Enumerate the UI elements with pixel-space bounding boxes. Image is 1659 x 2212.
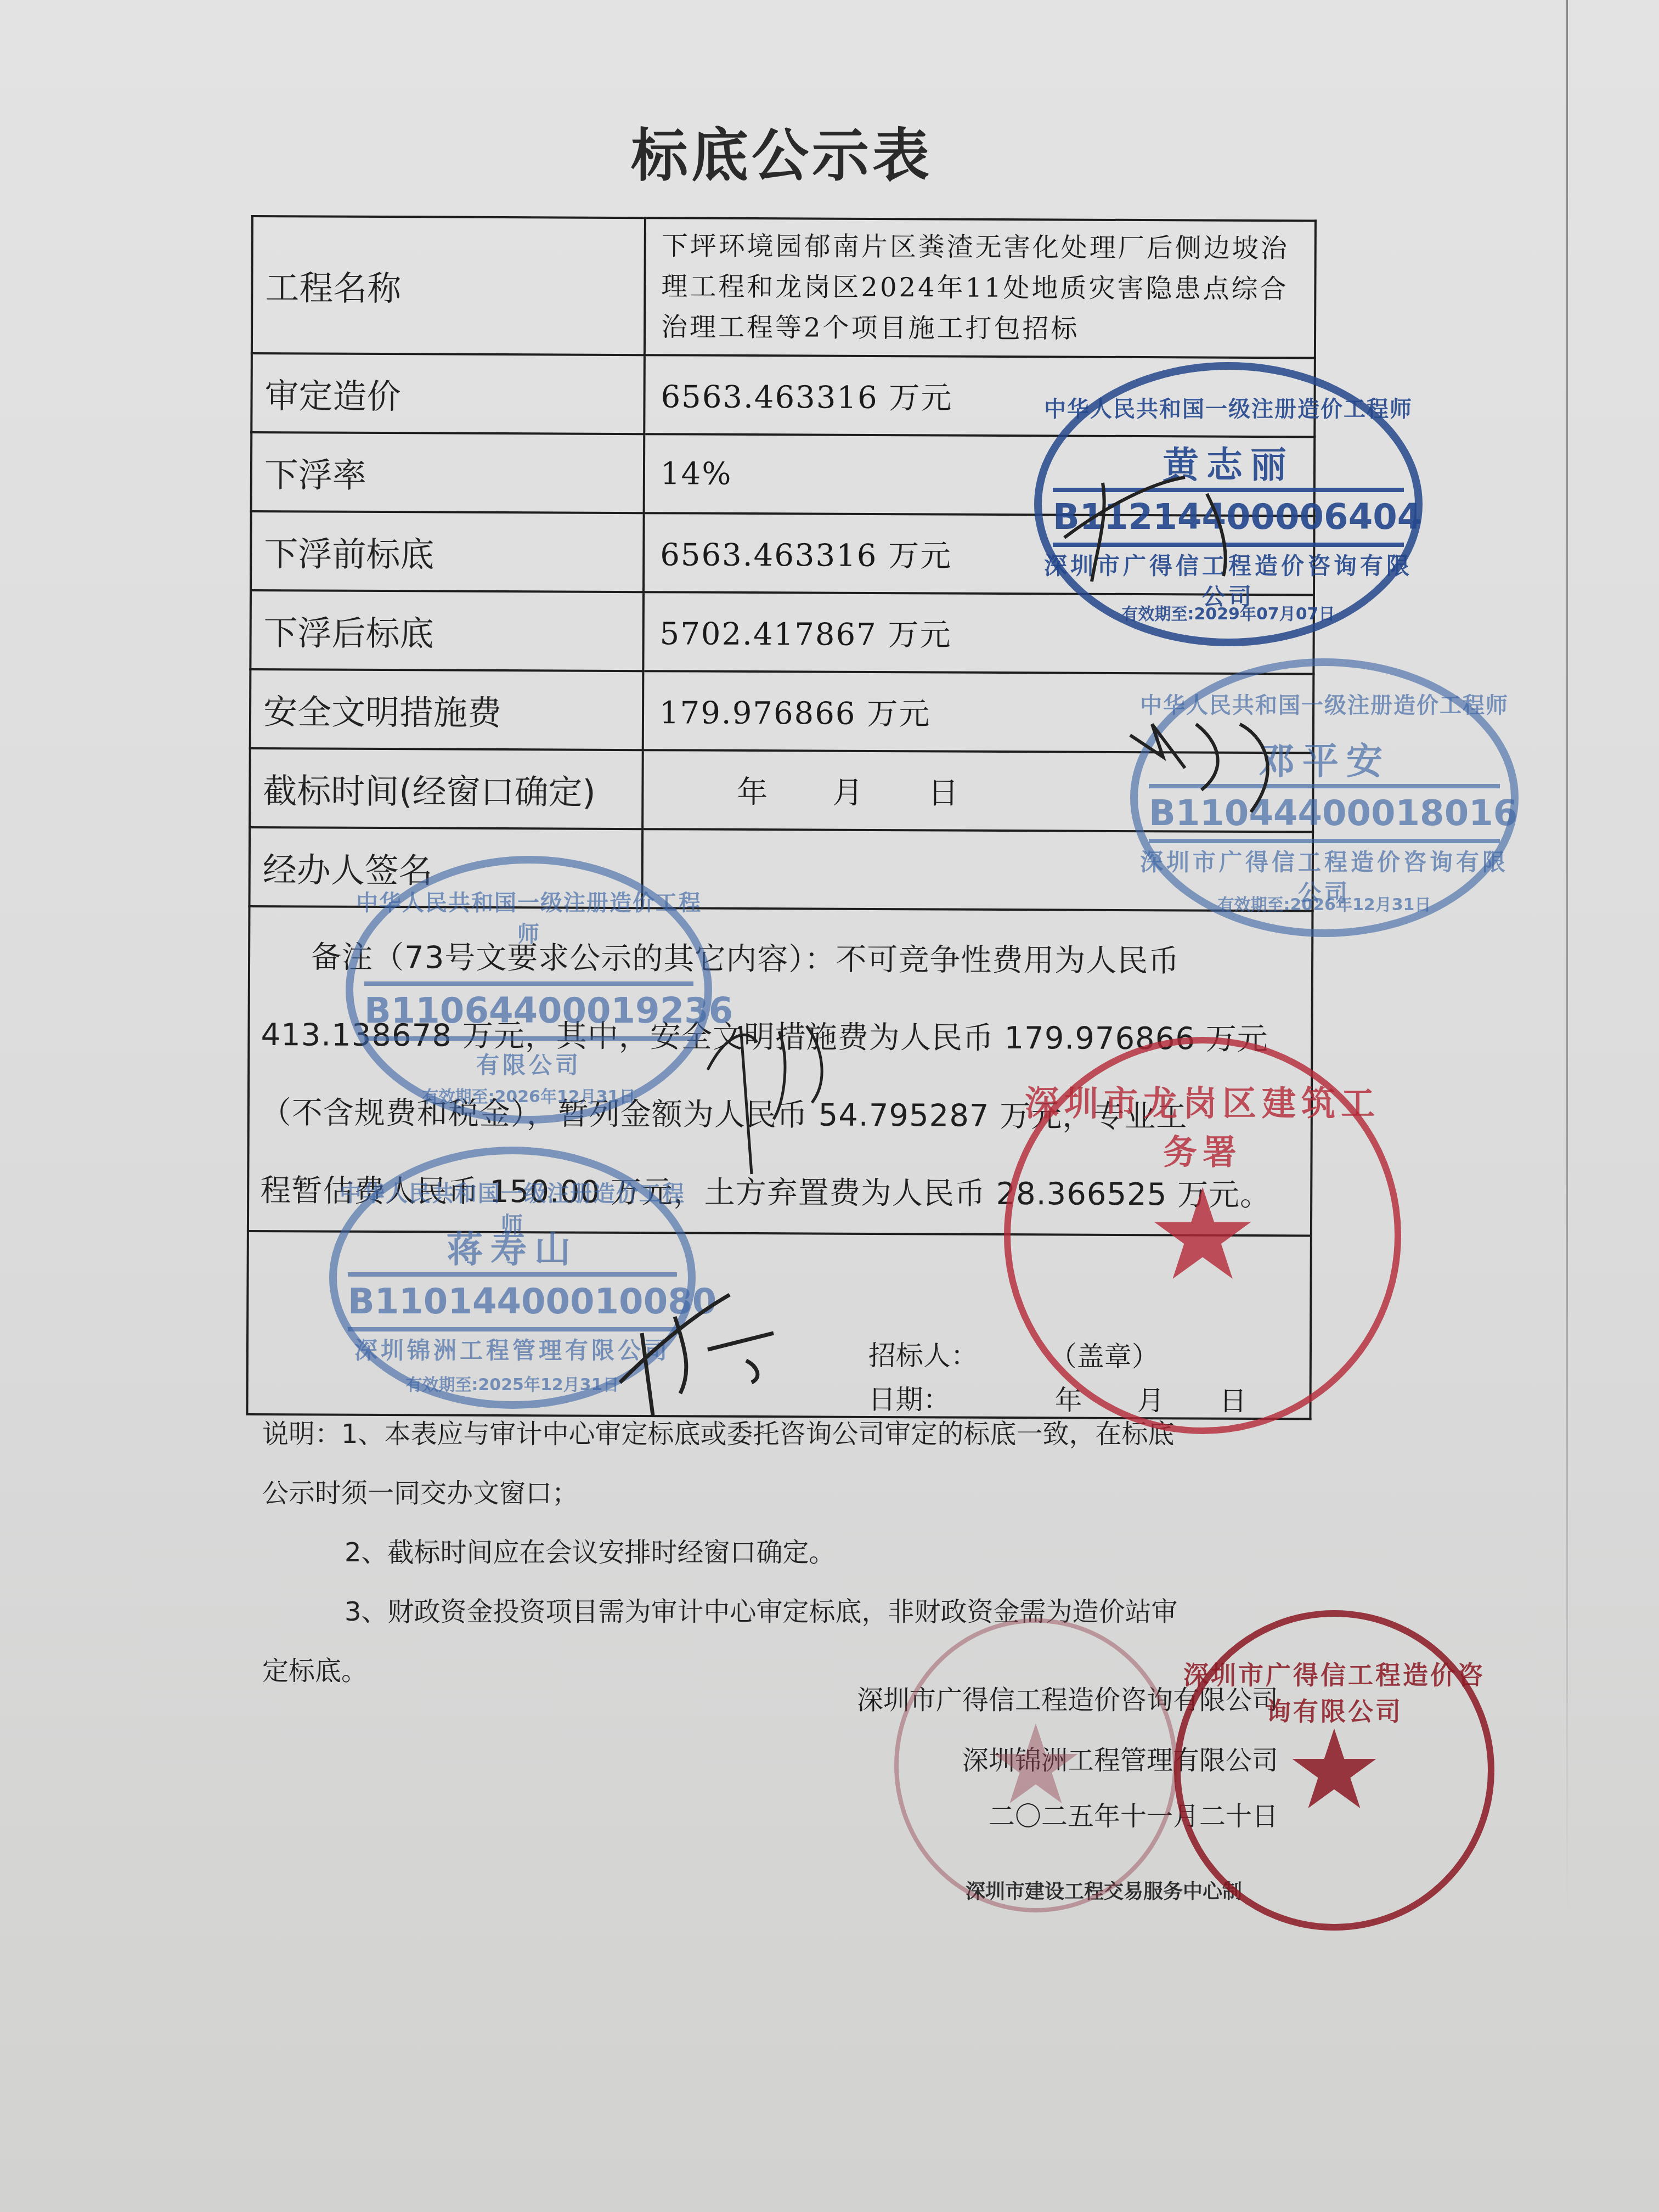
project-name-value: 下坪环境园郁南片区粪渣无害化处理厂后侧边坡治理工程和龙岗区2024年11处地质灾… [645,218,1316,358]
table-row: 下浮率 14% [251,432,1315,516]
remarks-line: （不含规费和税金），暂列金额为人民币 54.795287 万元，专业工 [261,1074,1301,1156]
explanation-item-2: 2、截标时间应在会议安排时经窗口确定。 [262,1523,1332,1582]
explanation-item-3: 3、财政资金投资项目需为审计中心审定标底，非财政资金需为造价站审 [262,1582,1332,1641]
table-row: 工程名称 下坪环境园郁南片区粪渣无害化处理厂后侧边坡治理工程和龙岗区2024年1… [252,216,1316,358]
safety-fee-value: 179.976866 万元 [643,671,1314,753]
table-row: 备注（73号文要求公示的其它内容）：不可竞争性费用为人民币 413.138678… [248,906,1313,1235]
explanation-item-1-cont: 公示时须一同交办文窗口； [262,1464,1332,1523]
tenderer-sign-cell: 招标人：（盖章） 日期：年 月 日 [247,1231,1311,1419]
post-discount-floor-value: 5702.417867 万元 [643,592,1314,674]
discount-rate-label: 下浮率 [251,432,645,513]
remarks-cell: 备注（73号文要求公示的其它内容）：不可竞争性费用为人民币 413.138678… [248,906,1313,1235]
table-row: 下浮前标底 6563.463316 万元 [251,511,1314,595]
handler-signature-value [642,829,1313,911]
footer-maker: 深圳市建设工程交易服务中心制 [966,1876,1242,1904]
table-row: 下浮后标底 5702.417867 万元 [250,590,1314,674]
safety-fee-label: 安全文明措施费 [250,669,644,750]
issue-date: 二〇二五年十一月二十日 [795,1795,1278,1833]
pre-discount-floor-label: 下浮前标底 [251,511,644,592]
bid-floor-table: 工程名称 下坪环境园郁南片区粪渣无害化处理厂后侧边坡治理工程和龙岗区2024年1… [246,215,1317,1420]
remarks-line: 413.138678 万元，其中，安全文明措施费为人民币 179.976866 … [261,996,1301,1079]
star-icon: ★ [1285,1716,1383,1825]
discount-rate-value: 14% [644,434,1315,516]
approved-cost-value: 6563.463316 万元 [644,355,1315,437]
page-edge [1566,0,1568,1920]
handler-signature-label: 经办人签名 [250,827,643,908]
explanation-item-1: 说明：1、本表应与审计中心审定标底或委托咨询公司审定的标底一致，在标底 [262,1404,1332,1464]
table-row: 招标人：（盖章） 日期：年 月 日 [247,1231,1311,1419]
document-title: 标底公示表 [0,110,1564,192]
issuer-company-2: 深圳锦洲工程管理有限公司 [795,1739,1278,1777]
deadline-value: 年 月 日 [642,750,1313,832]
seal-label: （盖章） [1049,1340,1159,1373]
table-row: 审定造价 6563.463316 万元 [251,353,1315,437]
issuer-company-1: 深圳市广得信工程造价咨询有限公司 [795,1679,1278,1717]
post-discount-floor-label: 下浮后标底 [250,590,644,671]
explanation: 说明：1、本表应与审计中心审定标底或委托咨询公司审定的标底一致，在标底 公示时须… [262,1404,1332,1701]
deadline-label: 截标时间(经窗口确定) [250,748,643,829]
remarks-line: 程暂估费人民币 150.00 万元，土方弃置费为人民币 28.366525 万元… [260,1152,1301,1234]
table-row: 经办人签名 [250,827,1313,911]
project-name-label: 工程名称 [252,216,645,355]
table-row: 安全文明措施费 179.976866 万元 [250,669,1314,753]
remarks-line: 备注（73号文要求公示的其它内容）：不可竞争性费用为人民币 [311,918,1302,1001]
pre-discount-floor-value: 6563.463316 万元 [644,513,1314,595]
approved-cost-label: 审定造价 [251,353,645,434]
tenderer-label: 招标人： [868,1340,978,1372]
table-row: 截标时间(经窗口确定) 年 月 日 [250,748,1313,832]
